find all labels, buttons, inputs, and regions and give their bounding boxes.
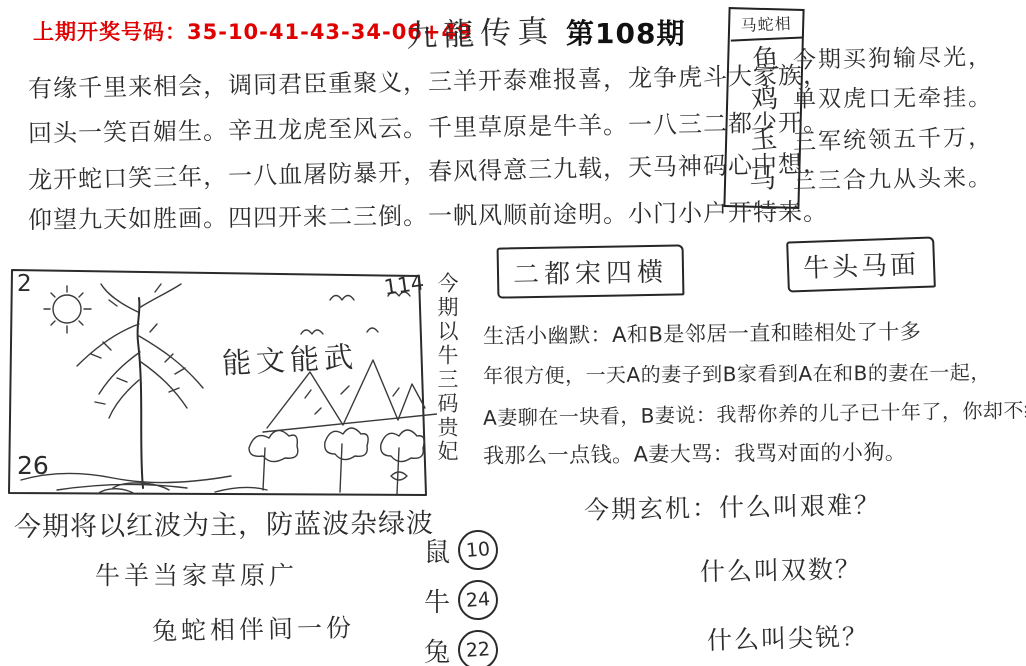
main-verse-row-3: 龙开蛇口笑三年，一八血屠防暴开，春风得意三九载，天马神码心中想， [28,144,829,196]
riddle-line-3: 什么叫尖锐？ [707,617,870,657]
animal-label-ox: 牛 [424,582,450,619]
boxed-phrase-right: 牛头马面 [786,236,936,292]
animal-number-row-2: 牛 24 [424,580,498,620]
sketch-border [9,270,426,495]
main-verse-row-1: 有缘千里来相会，调同君臣重聚义，三羊开泰难报喜，龙争虎斗大家族， [28,55,828,104]
sketch-drawing [5,262,437,502]
joke-line-3: A妻聊在一块看，B妻说：我帮你养的儿子已十年了，你却不给 [483,394,1026,431]
main-verse-row-2: 回头一笑百媚生。辛丑龙虎至风云。千里草原是牛羊。一八三二都少开。 [28,102,828,148]
joke-line-1: 生活小幽默：A和B是邻居一直和睦相处了十多 [483,316,922,351]
zodiac-box-title: 马蛇相 [730,8,803,41]
color-wave-caption: 今期将以红波为主，防蓝波杂绿波 [14,501,434,544]
boxed-phrase-left: 二都宋四横 [497,244,685,298]
masthead-title: 九龍传真 [405,5,554,55]
main-verse-row-4: 仰望九天如胜画。四四开来二三倒。一帆风顺前途明。小门小户开特来。 [28,192,828,235]
sketch-corner-bottom-left-number: 26 [17,451,49,480]
riddle-line-2: 什么叫双数？ [700,550,863,589]
sun-icon [44,286,91,333]
joke-line-2: 年很方便，一天A的妻子到B家看到A在和B的妻在一起， [483,356,991,389]
sketch-side-note: 今期以牛三码贵妃 [432,272,462,510]
circled-number-24: 24 [457,579,500,622]
issue-number: 第108期 [566,12,685,52]
circled-number-22: 22 [457,629,500,666]
sketch-corner-top-left-number: 2 [17,271,32,297]
animal-label-rat: 鼠 [424,532,450,569]
hint-line-1: 牛羊当家草原广 [95,556,298,592]
animal-number-row-3: 兔 22 [424,630,498,666]
joke-line-4: 我那么一点钱。A妻大骂：我骂对面的小狗。 [483,436,907,470]
hint-line-2: 兔蛇相伴间一份 [152,608,356,648]
riddle-line-1: 今期玄机：什么叫艰难？ [584,485,882,526]
lottery-tip-sheet-page: 上期开奖号码：35-10-41-43-34-06+49 九龍传真 第108期 马… [0,0,1026,666]
tree-icon [77,284,203,494]
animal-label-rabbit: 兔 [424,632,450,666]
sketch-inscription: 能文能武 [221,334,359,382]
circled-number-10: 10 [457,529,500,572]
bushes-icon [249,428,424,494]
animal-number-row-1: 鼠 10 [424,530,498,570]
